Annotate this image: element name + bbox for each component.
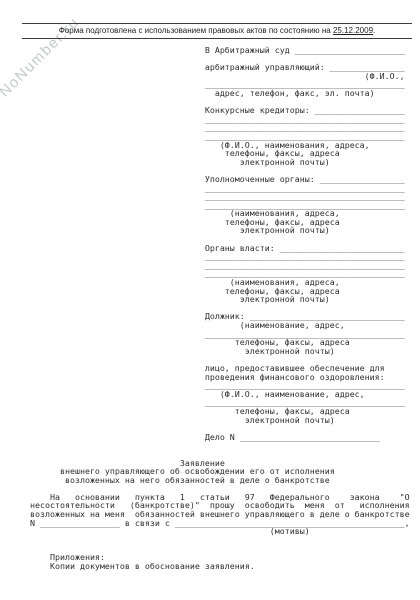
- header-note: Форма подготовлена с использованием прав…: [22, 23, 412, 39]
- document-line: (мотивы): [30, 527, 410, 536]
- document-line: электронной почты): [30, 347, 410, 356]
- header-date-link[interactable]: 25.12.2009: [333, 26, 373, 35]
- document-line: возложенных на него обязанностей в деле …: [30, 476, 410, 485]
- document-line: В Арбитражный суд ______________________: [30, 46, 410, 55]
- header-note-text: Форма подготовлена с использованием прав…: [59, 26, 333, 35]
- document-line: электронной почты): [30, 226, 410, 235]
- document-line: электронной почты): [30, 295, 410, 304]
- document-line: Дело N ____________________________: [30, 433, 410, 442]
- document-line: адрес, телефон, факс, эл. почта): [30, 89, 410, 98]
- document-line: Копии документов в обоснование заявления…: [30, 562, 410, 571]
- document-page: NoNumber.ru Форма подготовлена с использ…: [0, 0, 420, 600]
- header-note-period: .: [373, 26, 375, 35]
- document-line: [30, 536, 410, 545]
- document-body: В Арбитражный суд ______________________…: [30, 46, 410, 570]
- document-line: электронной почты): [30, 416, 410, 425]
- document-line: электронной почты): [30, 158, 410, 167]
- document-line: [30, 441, 410, 450]
